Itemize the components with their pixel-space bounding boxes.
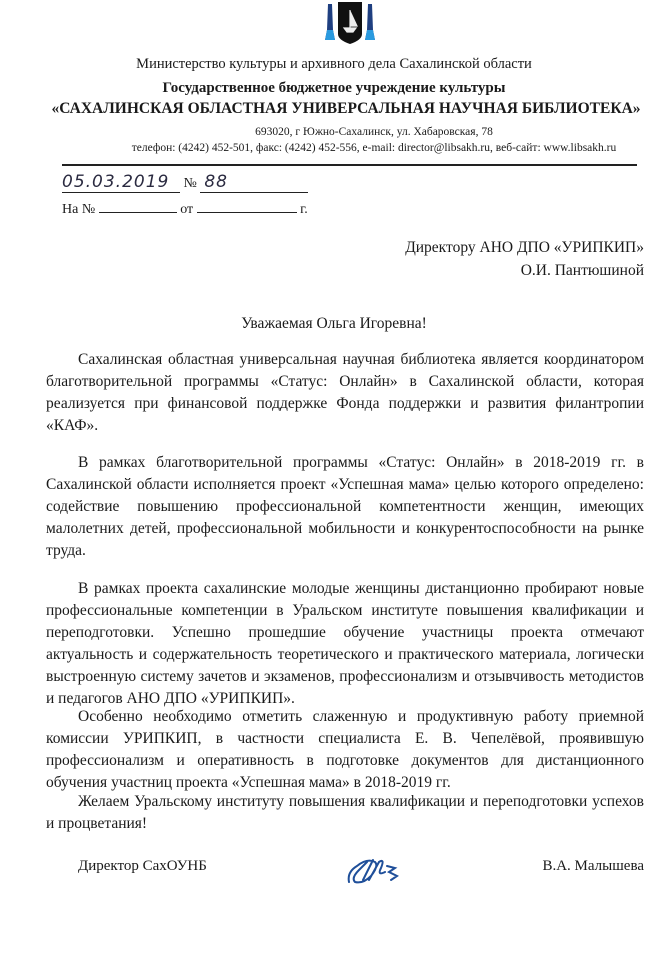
institution-contacts: телефон: (4242) 452-501, факс: (4242) 45… <box>40 142 668 154</box>
institution-address: 693020, г Южно-Сахалинск, ул. Хабаровска… <box>40 126 668 138</box>
header-divider <box>62 164 637 166</box>
handwritten-signature-icon <box>345 852 403 888</box>
paragraph-3: В рамках проекта сахалинские молодые жен… <box>46 578 644 710</box>
reply-reference: На № от г. <box>62 199 308 218</box>
institution-type: Государственное бюджетное учреждение кул… <box>0 80 668 97</box>
reply-to-label: На № <box>62 202 95 217</box>
year-suffix: г. <box>300 202 308 217</box>
paragraph-text: Желаем Уральскому институту повышения кв… <box>46 791 644 835</box>
paragraph-4: Особенно необходимо отметить слаженную и… <box>46 706 644 794</box>
reply-date-blank <box>197 199 297 213</box>
coat-of-arms-icon <box>322 0 378 46</box>
paragraph-2: В рамках благотворительной программы «Ст… <box>46 452 644 562</box>
outgoing-date: 05.03.2019 <box>62 172 180 193</box>
paragraph-5: Желаем Уральскому институту повышения кв… <box>46 791 644 835</box>
reply-number-blank <box>99 199 177 213</box>
institution-name: «САХАЛИНСКАЯ ОБЛАСТНАЯ УНИВЕРСАЛЬНАЯ НАУ… <box>12 100 668 118</box>
paragraph-text: Особенно необходимо отметить слаженную и… <box>46 706 644 794</box>
paragraph-text: В рамках проекта сахалинские молодые жен… <box>46 578 644 710</box>
addressee-position: Директору АНО ДПО «УРИПКИП» <box>405 239 644 257</box>
ministry-name: Министерство культуры и архивного дела С… <box>0 56 668 73</box>
addressee-name: О.И. Пантюшиной <box>521 262 644 280</box>
signer-name: В.А. Малышева <box>542 858 644 875</box>
paragraph-text: Сахалинская областная универсальная науч… <box>46 349 644 437</box>
outgoing-number: 88 <box>200 172 308 193</box>
number-label: № <box>184 176 197 191</box>
from-label: от <box>180 202 193 217</box>
signer-position: Директор СахОУНБ <box>78 858 207 875</box>
paragraph-text: В рамках благотворительной программы «Ст… <box>46 452 644 562</box>
outgoing-registration: 05.03.2019 № 88 <box>62 172 308 193</box>
salutation: Уважаемая Ольга Игоревна! <box>0 315 668 333</box>
paragraph-1: Сахалинская областная универсальная науч… <box>46 349 644 437</box>
